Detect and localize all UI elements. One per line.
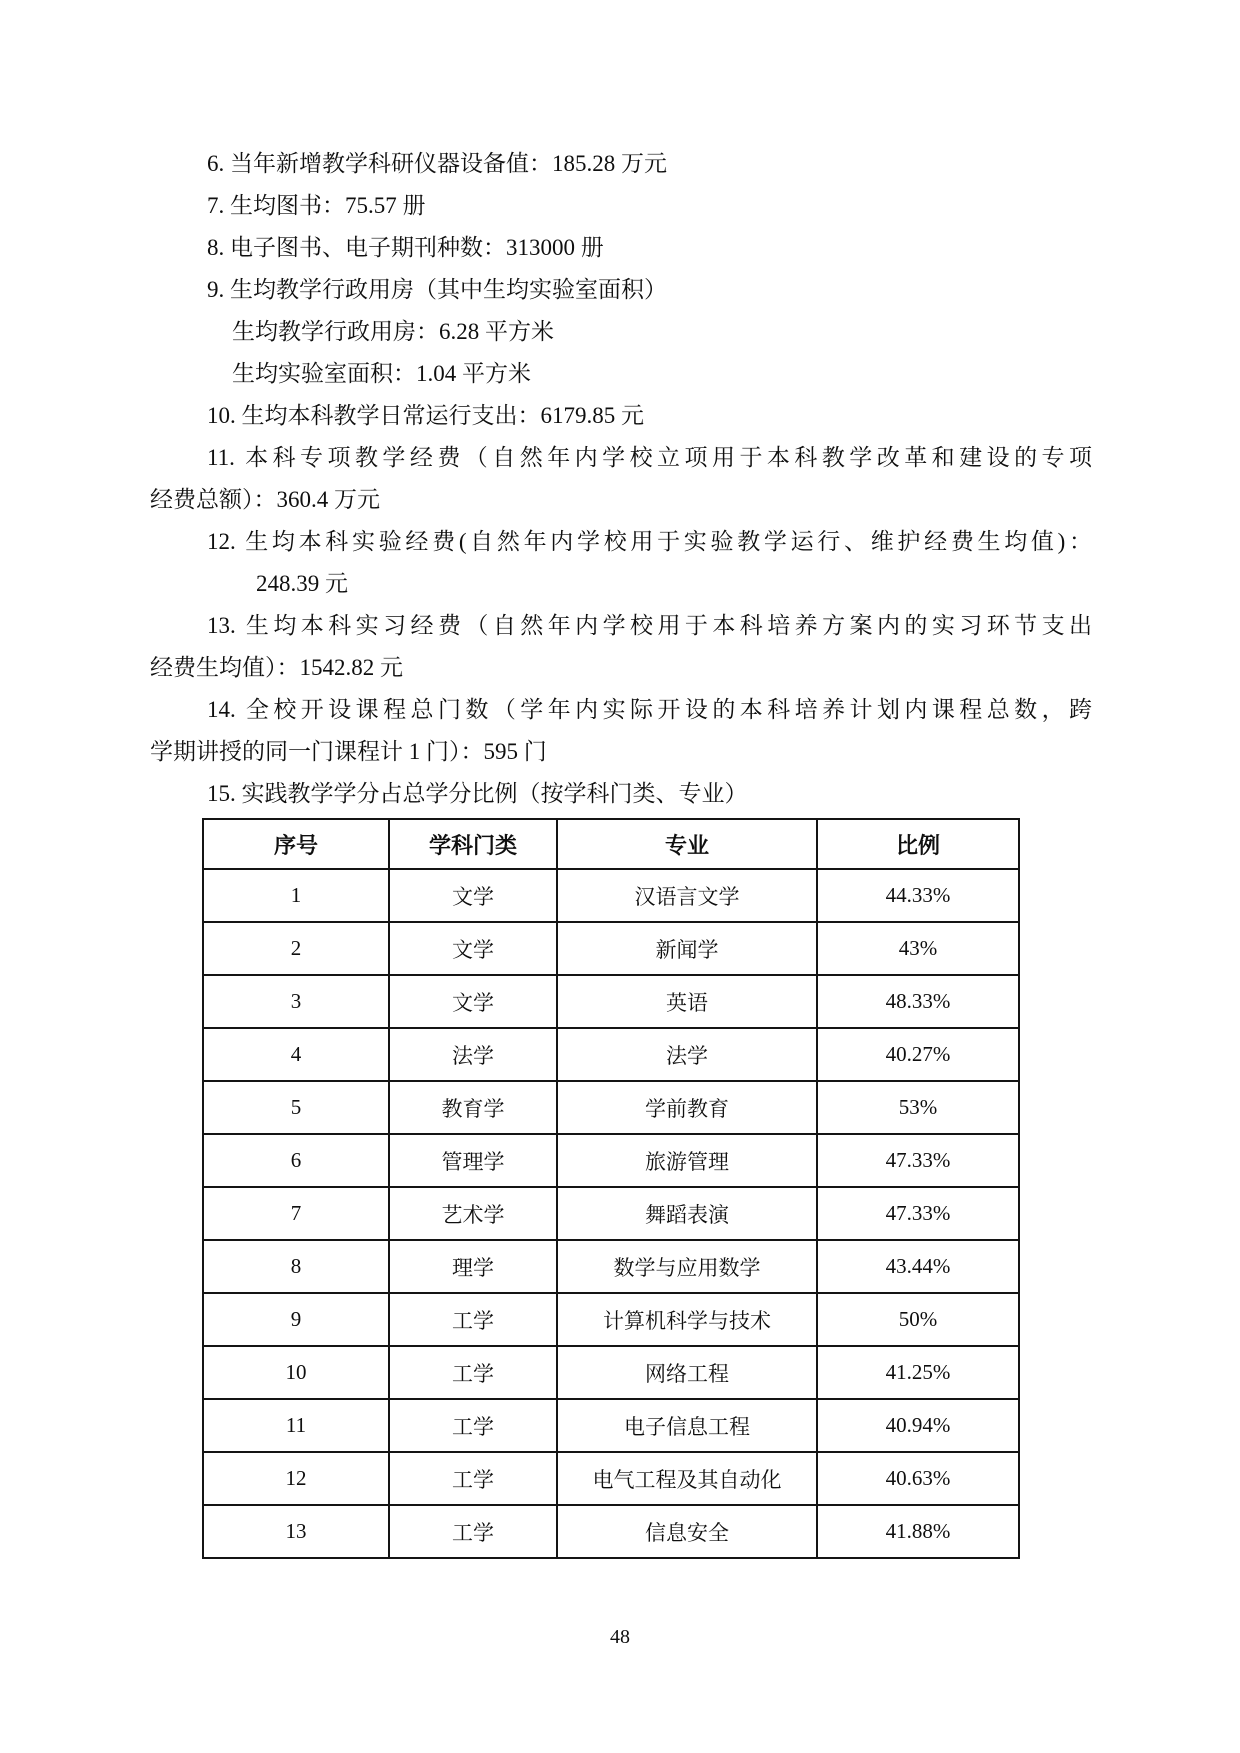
table-header-row: 序号学科门类专业比例 — [203, 819, 1019, 869]
table-cell: 汉语言文学 — [557, 869, 817, 922]
table-head: 序号学科门类专业比例 — [203, 819, 1019, 869]
table-cell: 8 — [203, 1240, 389, 1293]
table-cell: 4 — [203, 1028, 389, 1081]
table-cell: 11 — [203, 1399, 389, 1452]
table-row: 11工学电子信息工程40.94% — [203, 1399, 1019, 1452]
table-cell: 工学 — [389, 1399, 557, 1452]
table-row: 8理学数学与应用数学43.44% — [203, 1240, 1019, 1293]
list-line: 经费生均值）：1542.82 元 — [150, 647, 1092, 689]
table-header-cell: 比例 — [817, 819, 1019, 869]
list-line: 12. 生均本科实验经费(自然年内学校用于实验教学运行、维护经费生均值)： — [150, 521, 1092, 563]
table-cell: 41.88% — [817, 1505, 1019, 1558]
table-cell: 艺术学 — [389, 1187, 557, 1240]
table-cell: 50% — [817, 1293, 1019, 1346]
table-cell: 法学 — [389, 1028, 557, 1081]
table-cell: 理学 — [389, 1240, 557, 1293]
table-row: 9工学计算机科学与技术50% — [203, 1293, 1019, 1346]
table-cell: 13 — [203, 1505, 389, 1558]
table-row: 7艺术学舞蹈表演47.33% — [203, 1187, 1019, 1240]
list-line: 6. 当年新增教学科研仪器设备值：185.28 万元 — [150, 143, 1092, 185]
table-cell: 44.33% — [817, 869, 1019, 922]
list-line: 经费总额）：360.4 万元 — [150, 479, 1092, 521]
table-cell: 40.27% — [817, 1028, 1019, 1081]
table-cell: 英语 — [557, 975, 817, 1028]
list-line: 生均实验室面积：1.04 平方米 — [150, 353, 1092, 395]
list-line: 248.39 元 — [150, 563, 1092, 605]
page-number: 48 — [0, 1626, 1240, 1649]
list-line: 9. 生均教学行政用房（其中生均实验室面积） — [150, 269, 1092, 311]
table-cell: 法学 — [557, 1028, 817, 1081]
table-row: 6管理学旅游管理47.33% — [203, 1134, 1019, 1187]
table-cell: 计算机科学与技术 — [557, 1293, 817, 1346]
table-cell: 工学 — [389, 1293, 557, 1346]
table-cell: 文学 — [389, 922, 557, 975]
table-row: 1文学汉语言文学44.33% — [203, 869, 1019, 922]
table-cell: 工学 — [389, 1346, 557, 1399]
table-cell: 6 — [203, 1134, 389, 1187]
table-cell: 9 — [203, 1293, 389, 1346]
list-line: 生均教学行政用房：6.28 平方米 — [150, 311, 1092, 353]
table-cell: 旅游管理 — [557, 1134, 817, 1187]
table-row: 5教育学学前教育53% — [203, 1081, 1019, 1134]
table-row: 2文学新闻学43% — [203, 922, 1019, 975]
table-body: 1文学汉语言文学44.33%2文学新闻学43%3文学英语48.33%4法学法学4… — [203, 869, 1019, 1558]
table-cell: 48.33% — [817, 975, 1019, 1028]
table-cell: 41.25% — [817, 1346, 1019, 1399]
table-cell: 文学 — [389, 975, 557, 1028]
list-line: 7. 生均图书：75.57 册 — [150, 185, 1092, 227]
document-page: 6. 当年新增教学科研仪器设备值：185.28 万元7. 生均图书：75.57 … — [0, 0, 1240, 1753]
list-line: 8. 电子图书、电子期刊种数：313000 册 — [150, 227, 1092, 269]
table-header-cell: 序号 — [203, 819, 389, 869]
list-line: 15. 实践教学学分占总学分比例（按学科门类、专业） — [150, 773, 1092, 815]
table-cell: 12 — [203, 1452, 389, 1505]
table-cell: 学前教育 — [557, 1081, 817, 1134]
list-line: 10. 生均本科教学日常运行支出：6179.85 元 — [150, 395, 1092, 437]
table-cell: 5 — [203, 1081, 389, 1134]
table-row: 10工学网络工程41.25% — [203, 1346, 1019, 1399]
table-header-cell: 学科门类 — [389, 819, 557, 869]
table-cell: 40.94% — [817, 1399, 1019, 1452]
table-cell: 数学与应用数学 — [557, 1240, 817, 1293]
table-cell: 工学 — [389, 1452, 557, 1505]
list-line: 学期讲授的同一门课程计 1 门）：595 门 — [150, 731, 1092, 773]
table-cell: 新闻学 — [557, 922, 817, 975]
table-cell: 43.44% — [817, 1240, 1019, 1293]
practice-credits-table: 序号学科门类专业比例 1文学汉语言文学44.33%2文学新闻学43%3文学英语4… — [202, 818, 1020, 1559]
table-cell: 舞蹈表演 — [557, 1187, 817, 1240]
list-line: 14. 全校开设课程总门数（学年内实际开设的本科培养计划内课程总数，跨 — [150, 689, 1092, 731]
table-cell: 53% — [817, 1081, 1019, 1134]
table-cell: 43% — [817, 922, 1019, 975]
table-cell: 47.33% — [817, 1134, 1019, 1187]
table-row: 12工学电气工程及其自动化40.63% — [203, 1452, 1019, 1505]
table-cell: 10 — [203, 1346, 389, 1399]
table-cell: 40.63% — [817, 1452, 1019, 1505]
table-cell: 2 — [203, 922, 389, 975]
table-cell: 3 — [203, 975, 389, 1028]
table-row: 3文学英语48.33% — [203, 975, 1019, 1028]
table-cell: 网络工程 — [557, 1346, 817, 1399]
numbered-list: 6. 当年新增教学科研仪器设备值：185.28 万元7. 生均图书：75.57 … — [150, 143, 1092, 815]
practice-credits-table-wrap: 序号学科门类专业比例 1文学汉语言文学44.33%2文学新闻学43%3文学英语4… — [202, 818, 1018, 1559]
table-row: 4法学法学40.27% — [203, 1028, 1019, 1081]
table-cell: 电气工程及其自动化 — [557, 1452, 817, 1505]
list-line: 13. 生均本科实习经费（自然年内学校用于本科培养方案内的实习环节支出 — [150, 605, 1092, 647]
table-cell: 信息安全 — [557, 1505, 817, 1558]
table-row: 13工学信息安全41.88% — [203, 1505, 1019, 1558]
table-cell: 7 — [203, 1187, 389, 1240]
list-line: 11. 本科专项教学经费（自然年内学校立项用于本科教学改革和建设的专项 — [150, 437, 1092, 479]
table-cell: 管理学 — [389, 1134, 557, 1187]
table-cell: 1 — [203, 869, 389, 922]
table-cell: 教育学 — [389, 1081, 557, 1134]
table-cell: 47.33% — [817, 1187, 1019, 1240]
table-header-cell: 专业 — [557, 819, 817, 869]
table-cell: 文学 — [389, 869, 557, 922]
table-cell: 电子信息工程 — [557, 1399, 817, 1452]
table-cell: 工学 — [389, 1505, 557, 1558]
